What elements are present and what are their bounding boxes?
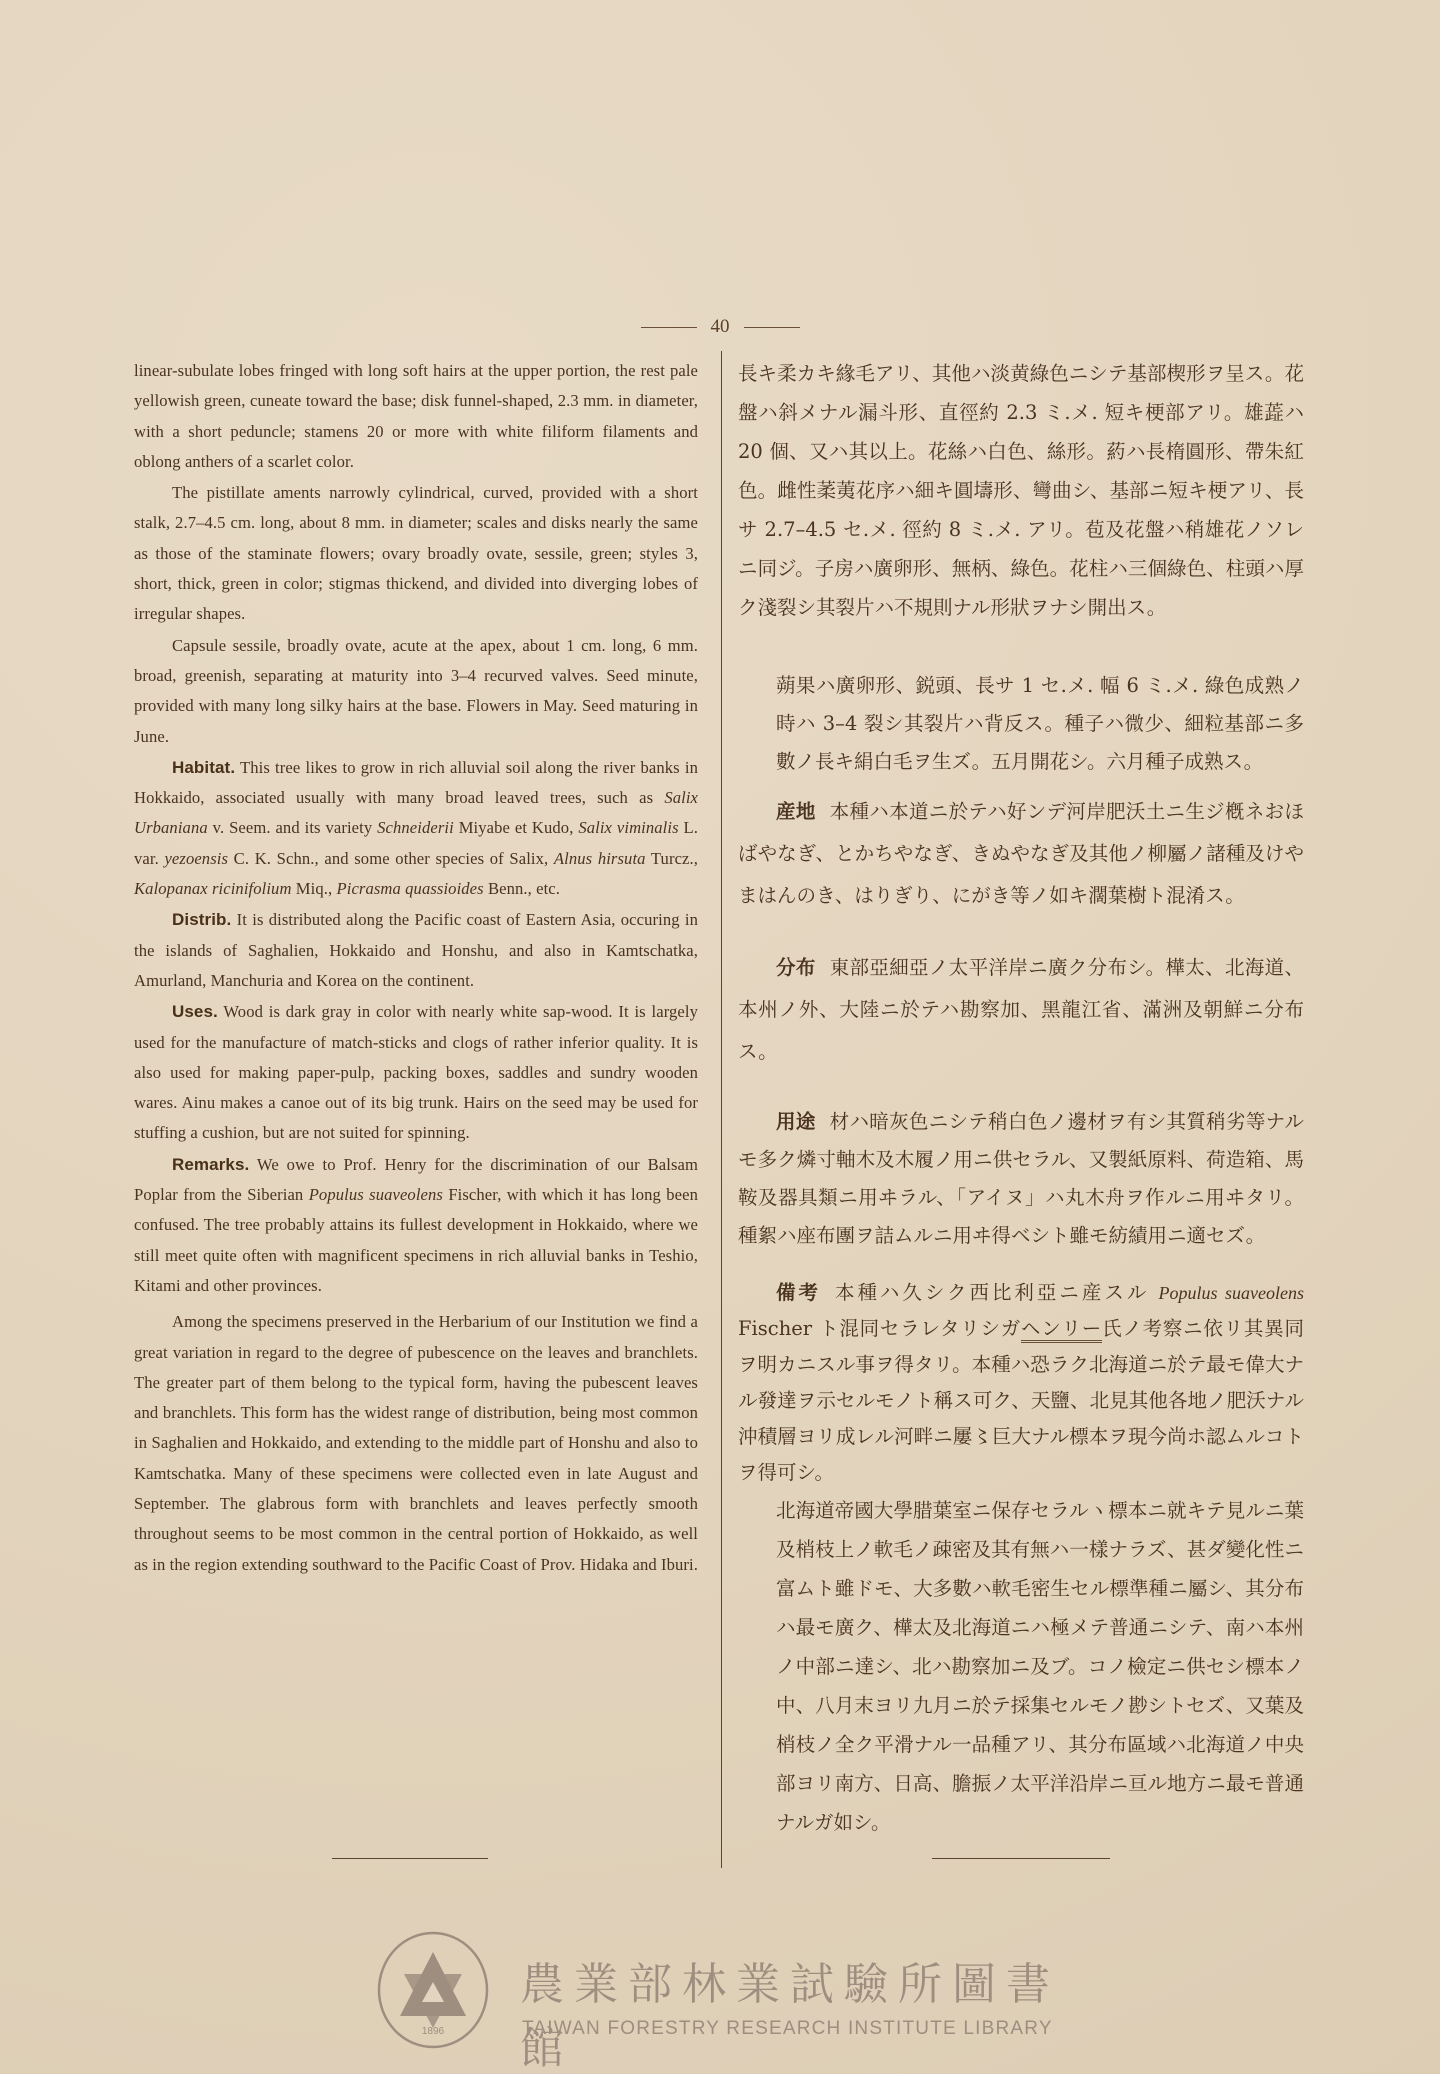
- jp-distrib-heading: 分布: [738, 956, 830, 979]
- section-uses: Uses. Wood is dark gray in color with ne…: [134, 997, 698, 1148]
- section-remarks: Remarks. We owe to Prof. Henry for the d…: [134, 1150, 698, 1301]
- institute-seal-icon: 1896: [374, 1930, 492, 2050]
- page-number: 40: [0, 316, 1440, 338]
- habitat-heading: Habitat.: [172, 758, 235, 777]
- jp-section-habitat: 産地本種ハ本道ニ於テハ好ンデ河岸肥沃土ニ生ジ槪ネおほばやなぎ、とかちやなぎ、きぬ…: [738, 791, 1304, 917]
- library-name-english: TAIWAN FORESTRY RESEARCH INSTITUTE LIBRA…: [522, 2018, 1053, 2040]
- library-name-chinese: 農業部林業試驗所圖書館: [520, 1948, 1074, 2074]
- uses-heading: Uses.: [172, 1002, 218, 1021]
- jp-section-remarks: 備考本種ハ久シク西比利亞ニ産スル Populus suaveolens Fisc…: [738, 1275, 1304, 1491]
- page-number-text: 40: [711, 316, 730, 337]
- jp-uses-heading: 用途: [738, 1110, 830, 1133]
- section-habitat: Habitat. This tree likes to grow in rich…: [134, 753, 698, 904]
- jp-paragraph-flowers: 長キ柔カキ緣毛アリ、其他ハ淡黄綠色ニシテ基部楔形ヲ呈ス。花盤ハ斜メナル漏斗形、直…: [738, 354, 1304, 627]
- jp-paragraph-capsule: 蒴果ハ廣卵形、鋭頭、長サ 1 セ.メ. 幅 6 ミ.メ. 綠色成熟ノ時ハ 3–4…: [738, 667, 1304, 781]
- underlined-name: ヘンリー: [1021, 1317, 1102, 1343]
- page-number-rule-right: [744, 327, 800, 328]
- page-number-rule-left: [641, 327, 697, 328]
- jp-paragraph-herbarium: 北海道帝國大學腊葉室ニ保存セラルヽ標本ニ就キテ見ルニ葉及梢枝上ノ軟毛ノ疎密及其有…: [738, 1491, 1304, 1842]
- jp-section-distrib: 分布東部亞細亞ノ太平洋岸ニ廣ク分布シ。樺太、北海道、本州ノ外、大陸ニ於テハ勘察加…: [738, 947, 1304, 1073]
- jp-section-uses: 用途材ハ暗灰色ニシテ稍白色ノ邊材ヲ有シ其質稍劣等ナルモ多ク燐寸軸木及木履ノ用ニ供…: [738, 1103, 1304, 1255]
- right-end-rule: [932, 1858, 1110, 1859]
- distrib-heading: Distrib.: [172, 910, 231, 929]
- paragraph-staminate: linear-subulate lobes fringed with long …: [134, 356, 698, 477]
- english-column: linear-subulate lobes fringed with long …: [134, 356, 698, 1580]
- jp-habitat-heading: 産地: [738, 800, 830, 823]
- japanese-column: 長キ柔カキ緣毛アリ、其他ハ淡黄綠色ニシテ基部楔形ヲ呈ス。花盤ハ斜メナル漏斗形、直…: [738, 354, 1304, 1842]
- paragraph-capsule: Capsule sessile, broadly ovate, acute at…: [134, 631, 698, 752]
- library-watermark: 1896 農業部林業試驗所圖書館 TAIWAN FORESTRY RESEARC…: [374, 1930, 1074, 2060]
- svg-text:1896: 1896: [422, 2026, 445, 2037]
- jp-remarks-heading: 備考: [738, 1281, 835, 1304]
- left-end-rule: [332, 1858, 488, 1859]
- section-distrib: Distrib. It is distributed along the Pac…: [134, 905, 698, 996]
- paragraph-herbarium: Among the specimens preserved in the Her…: [134, 1307, 698, 1580]
- remarks-heading: Remarks.: [172, 1155, 249, 1174]
- column-divider: [721, 351, 722, 1868]
- paragraph-pistillate: The pistillate aments narrowly cylindric…: [134, 478, 698, 629]
